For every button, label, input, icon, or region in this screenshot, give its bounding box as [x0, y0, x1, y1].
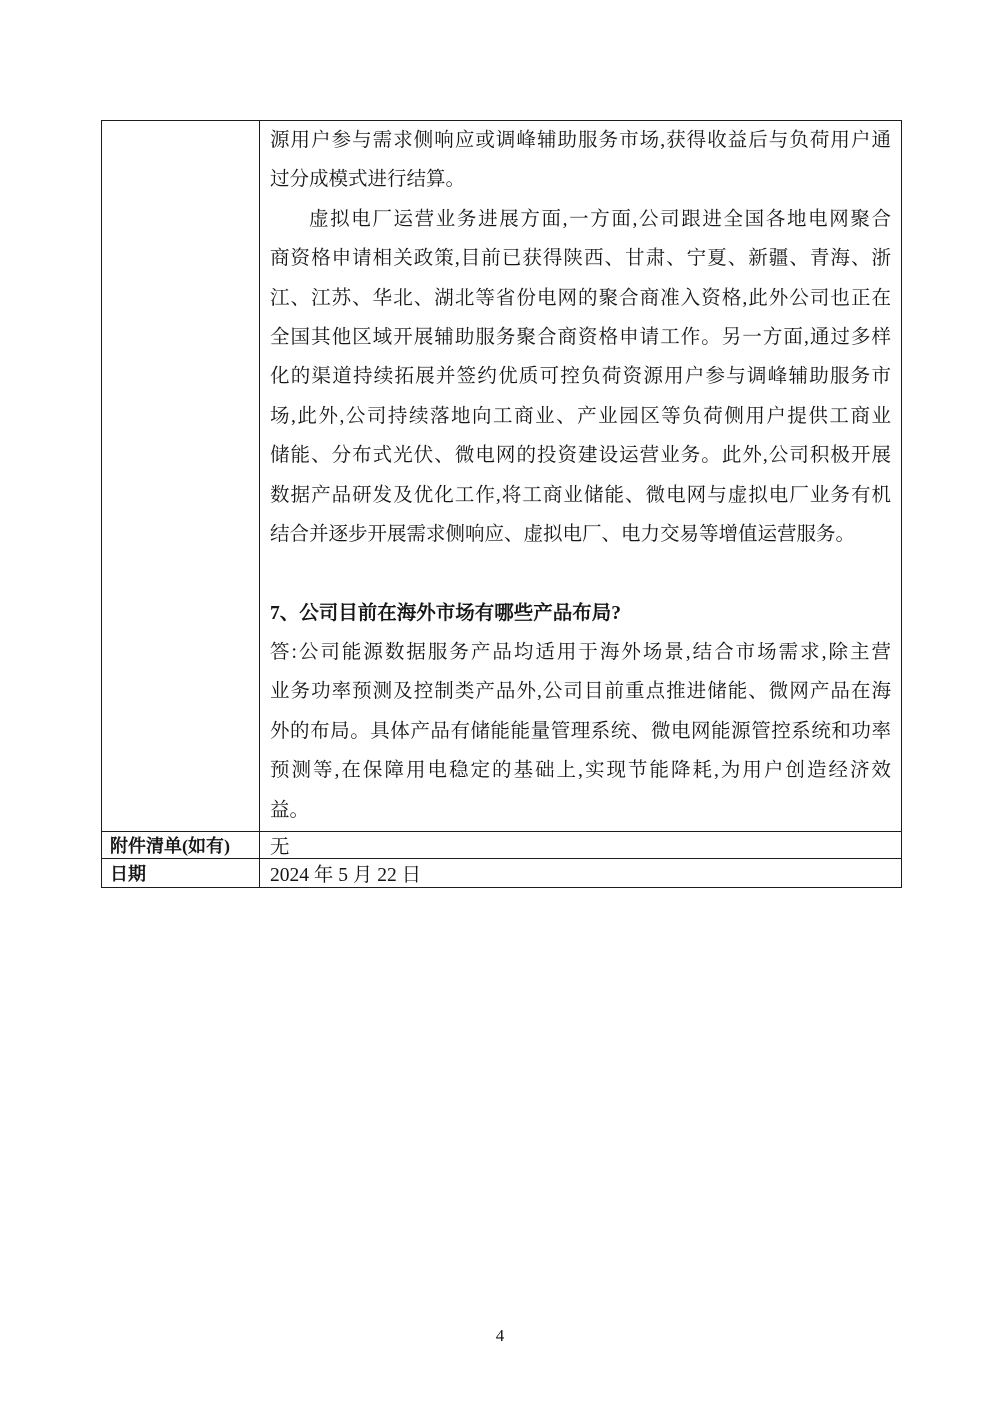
text-line: 答:公司能源数据服务产品均适用于海外场景,结合市场需求,除主营: [270, 633, 891, 672]
text-line: 储能、分布式光伏、微电网的投资建设运营业务。此外,公司积极开展: [270, 436, 891, 475]
text-line: 源用户参与需求侧响应或调峰辅助服务市场,获得收益后与负荷用户通: [270, 121, 891, 160]
attachment-label: 附件清单(如有): [110, 832, 230, 858]
text-line: 化的渠道持续拓展并签约优质可控负荷资源用户参与调峰辅助服务市: [270, 357, 891, 396]
content-left-cell: [102, 121, 260, 831]
text-line: 场,此外,公司持续落地向工商业、产业园区等负荷侧用户提供工商业: [270, 397, 891, 436]
date-value: 2024 年 5 月 22 日: [270, 859, 421, 887]
date-label-cell: 日期: [102, 859, 260, 887]
text-line: 业务功率预测及控制类产品外,公司目前重点推进储能、微网产品在海: [270, 672, 891, 711]
text-line: 预测等,在保障用电稳定的基础上,实现节能降耗,为用户创造经济效: [270, 751, 891, 790]
table-row-date: 日期 2024 年 5 月 22 日: [102, 858, 901, 887]
text-line: 外的布局。具体产品有储能能量管理系统、微电网能源管控系统和功率: [270, 712, 891, 751]
document-page: 源用户参与需求侧响应或调峰辅助服务市场,获得收益后与负荷用户通过分成模式进行结算…: [0, 0, 1000, 1414]
text-line: 全国其他区域开展辅助服务聚合商资格申请工作。另一方面,通过多样: [270, 318, 891, 357]
attachment-value: 无: [270, 832, 290, 858]
date-label: 日期: [110, 860, 146, 886]
text-line: 结合并逐步开展需求侧响应、虚拟电厂、电力交易等增值运营服务。: [270, 515, 891, 554]
blank-line: [270, 554, 891, 593]
page-number: 4: [0, 1326, 1000, 1346]
text-line: 虚拟电厂运营业务进展方面,一方面,公司跟进全国各地电网聚合: [270, 200, 891, 239]
table-row-content: 源用户参与需求侧响应或调峰辅助服务市场,获得收益后与负荷用户通过分成模式进行结算…: [102, 121, 901, 831]
text-line: 商资格申请相关政策,目前已获得陕西、甘肃、宁夏、新疆、青海、浙: [270, 239, 891, 278]
text-line: 过分成模式进行结算。: [270, 160, 891, 199]
text-line: 江、江苏、华北、湖北等省份电网的聚合商准入资格,此外公司也正在: [270, 279, 891, 318]
text-line: 7、公司目前在海外市场有哪些产品布局?: [270, 594, 891, 633]
content-text-cell: 源用户参与需求侧响应或调峰辅助服务市场,获得收益后与负荷用户通过分成模式进行结算…: [260, 121, 901, 831]
text-line: 数据产品研发及优化工作,将工商业储能、微电网与虚拟电厂业务有机: [270, 476, 891, 515]
record-table: 源用户参与需求侧响应或调峰辅助服务市场,获得收益后与负荷用户通过分成模式进行结算…: [101, 120, 902, 888]
text-line: 益。: [270, 791, 891, 830]
attachment-label-cell: 附件清单(如有): [102, 832, 260, 858]
date-value-cell: 2024 年 5 月 22 日: [260, 859, 901, 887]
table-row-attachment: 附件清单(如有) 无: [102, 831, 901, 858]
attachment-value-cell: 无: [260, 832, 901, 858]
